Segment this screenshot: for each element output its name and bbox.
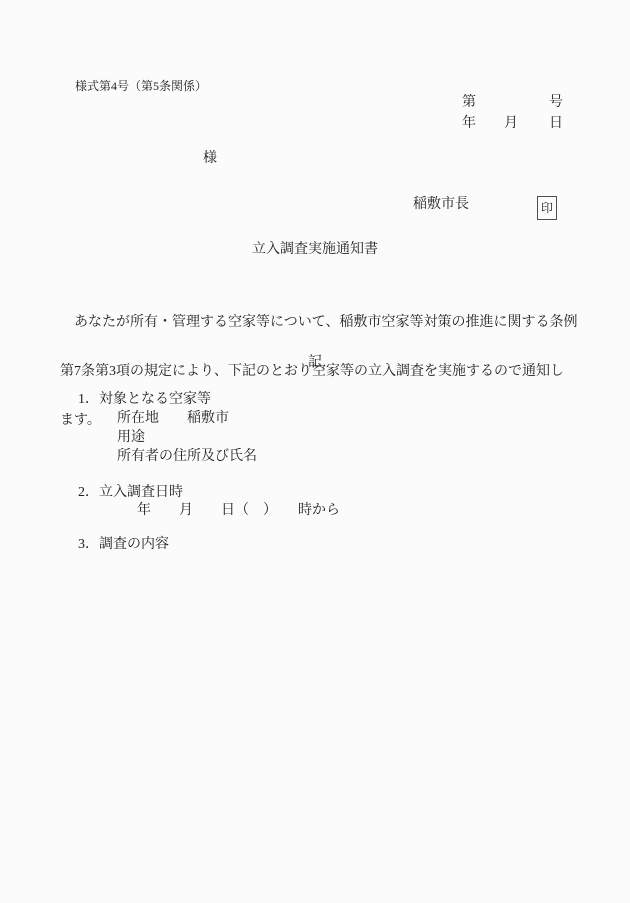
section-3-heading: 3．調査の内容 bbox=[78, 537, 169, 552]
section-1-item-usage: 用途 bbox=[117, 430, 145, 445]
document-title: 立入調査実施通知書 bbox=[0, 242, 630, 257]
date-day-label: 日 bbox=[549, 116, 563, 131]
date-year-label: 年 bbox=[462, 116, 476, 131]
body-line: あなたが所有・管理する空家等について、稲敷市空家等対策の推進に関する条例 bbox=[60, 313, 572, 332]
date-month-label: 月 bbox=[504, 116, 518, 131]
addressee-honorific: 様 bbox=[203, 151, 217, 166]
section-2-item-datetime: 年 月 日（ ） 時から bbox=[137, 503, 340, 518]
ki-marker: 記 bbox=[0, 355, 630, 370]
sender-title: 稲敷市長 bbox=[413, 197, 469, 212]
seal-character: 印 bbox=[541, 202, 553, 214]
doc-number-suffix-label: 号 bbox=[549, 95, 563, 110]
section-1-heading: 1．対象となる空家等 bbox=[78, 392, 211, 407]
seal-box: 印 bbox=[537, 196, 557, 220]
section-1-item-location: 所在地 稲敷市 bbox=[117, 411, 229, 426]
notice-document-page: 様式第4号（第5条関係） 第 号 年 月 日 様 稲敷市長 印 立入調査実施通知… bbox=[0, 0, 630, 903]
doc-number-prefix-label: 第 bbox=[462, 95, 476, 110]
form-number-label: 様式第4号（第5条関係） bbox=[75, 79, 207, 94]
section-2-heading: 2．立入調査日時 bbox=[78, 485, 183, 500]
section-1-item-owner: 所有者の住所及び氏名 bbox=[117, 449, 257, 464]
